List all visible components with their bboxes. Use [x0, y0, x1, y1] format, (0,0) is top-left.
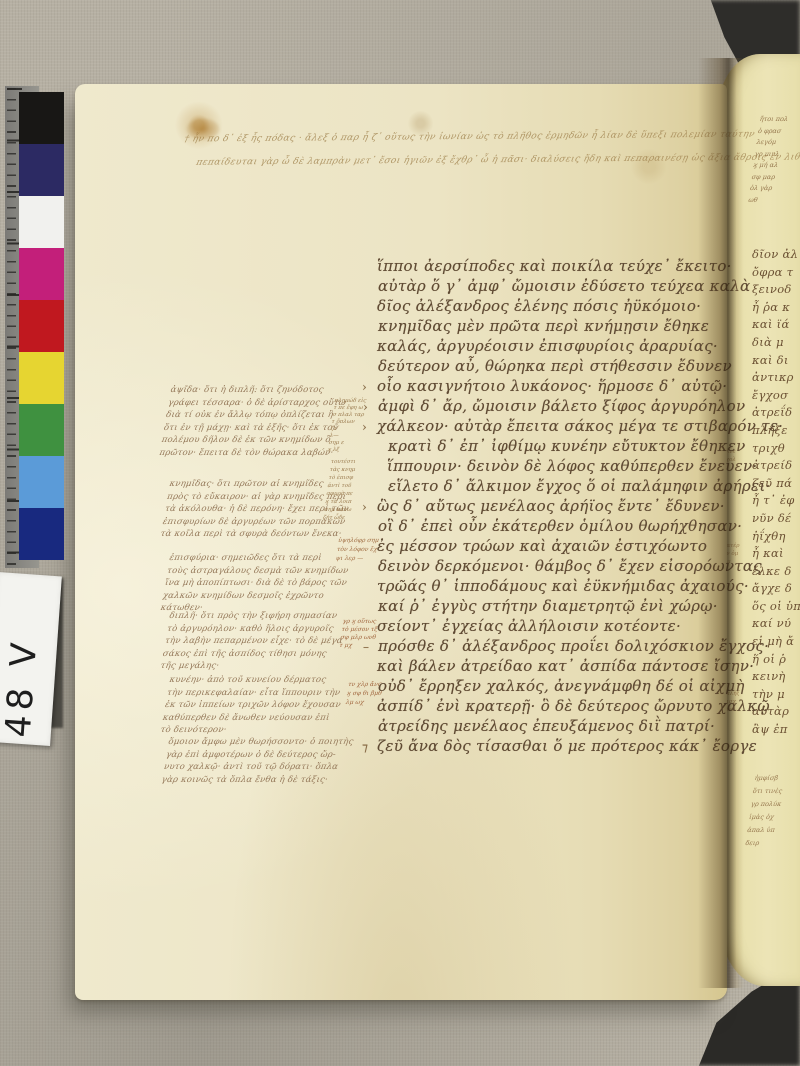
verse-line: ›οἷο κασιγνήτοιο λυκάονος· ἥρμοσε δ᾽ αὐτ…	[377, 376, 729, 396]
gloss-line: τ πε ἔφη ω	[333, 405, 366, 412]
scholia-line-fragment: γρ πολύκ	[750, 798, 782, 811]
verse-line: σείοντ᾽ ἐγχείας ἀλλήλοισιν κοτέοντε·	[377, 616, 729, 636]
verse-line: –πρόσθε δ᾽ ἀλέξανδρος προΐει δολιχόσκιον…	[378, 636, 730, 656]
scholia-line: κυνέην· ἀπὸ τοῦ κυνείου δέρματος	[168, 674, 366, 687]
verse-line-fragment: ἔγχοσ	[752, 387, 800, 405]
verse-line: εἵλετο δ᾽ ἄλκιμον ἔγχος ὅ οἱ παλάμηφιν ἀ…	[388, 476, 730, 496]
gloss-line: σ πλαλ ταρ	[332, 412, 365, 419]
gloss-line: ζτ᾽	[330, 426, 363, 433]
verse-line-fragment: νῦν δέ	[752, 510, 800, 528]
scholia-line: τοὺς ἀστραγάλους δεσμὰ τῶν κνημίδων	[166, 565, 364, 578]
verse-line-fragment: ἄγχε δ	[752, 580, 800, 598]
gloss-line: σημ ε	[328, 440, 361, 447]
gloss-line: ἀντὶ τοῦ	[327, 482, 355, 490]
ink-stain	[186, 118, 220, 140]
verse-line: ἐς μέσσον τρώων καὶ ἀχαιῶν ἐστιχόωντο	[377, 536, 729, 556]
scholia-line: σάκος ἐπὶ τῆς ἀσπίδος τίθησι μόνης	[162, 648, 360, 661]
verse-line-fragment: ἦ ῥα κ	[752, 299, 800, 317]
gloss-line: ϗ λξ	[327, 447, 360, 454]
scholia-line: τὸ ἀργυρόηλον· καθὸ ἥλοις ἀργυροῖς	[166, 623, 364, 636]
verse-line: ⁊ζεῦ ἄνα δὸς τίσασθαι ὅ με πρότερος κάκ᾽…	[377, 736, 729, 756]
verse-line-fragment: ξεινοδ	[752, 281, 800, 299]
gloss-line: πλημώδ εἰς	[334, 398, 367, 405]
intercolumn-gloss: γρ ϗ οὕτωςτὸ μέσον τξσφ μλρ ωνθτ μχ	[339, 618, 379, 650]
intercolumn-gloss: ὑψηλόφρ σημτὸν λόφον ἔχψι λερ —	[335, 536, 379, 563]
scholia-line-fragment: ὁ φρασ	[757, 126, 787, 138]
scholia-line: ἵνα μὴ ἀποπίπτωσι· διὰ δὲ τὸ βάρος τῶν	[164, 577, 362, 590]
verse-line-fragment: τριχθ	[752, 440, 800, 458]
verse-line-fragment: καὶ ϊά	[752, 316, 800, 334]
scholia-line: ὅμοιον ἄμφω μὲν θωρήσσοντο· ὁ ποιητὴς	[167, 736, 365, 749]
gloss-line: ϗ τὰ λοιπ	[325, 498, 353, 506]
scholia-line: τῆς μεγάλης·	[159, 660, 357, 673]
scholia-line: καθύπερθεν δὲ ἄνωθεν νεύουσαν ἐπὶ	[162, 712, 360, 725]
gloss-line: λμ ωχ	[345, 698, 381, 707]
verse-line: ἵπποι ἀερσίποδες καὶ ποικίλα τεύχε᾽ ἔκει…	[377, 256, 729, 276]
verse-line: κνημῖδας μὲν πρῶτα περὶ κνήμῃσιν ἔθηκε	[378, 316, 730, 336]
verse-line: καί ῥ᾽ ἐγγὺς στήτην διαμετρητῷ ἐνὶ χώρῳ·	[378, 596, 730, 616]
gloss-line: τ μχ	[339, 642, 376, 650]
scholia-line: τὰ κοῖλα περὶ τὰ σφυρὰ δεόντων ἕνεκα·	[159, 528, 357, 541]
verse-line: ἀτρείδης μενέλαος ἐπευξάμενος διῒ πατρί·	[378, 716, 730, 736]
color-swatch-yellow	[19, 352, 64, 404]
scholia-line: γὰρ κοινῶς τὰ ὅπλα ἔνθα ἡ δὲ τάξις·	[161, 774, 359, 787]
verse-line-fragment: ἂψ ἐπ	[752, 721, 800, 739]
marginal-diple-mark: ›	[362, 417, 367, 437]
marginal-diple-mark: ›	[362, 497, 367, 517]
scholia-line: διπλῆ· ὅτι πρὸς τὴν ξιφήρη σημασίαν	[168, 610, 366, 623]
scholia-line: ἀψῖδα· ὅτι ἡ διπλῆ: ὅτι ζηνόδοτος	[169, 384, 367, 397]
scholia-line: ἐκ τῶν ἱππείων τριχῶν λόφον ἔχουσαν	[164, 699, 362, 712]
iliad-text-column: ἵπποι ἀερσίποδες καὶ ποικίλα τεύχε᾽ ἔκει…	[377, 256, 729, 756]
verse-line-fragment: ὄφρα τ	[752, 264, 800, 282]
verse-line-fragment: καὶ δι	[752, 352, 800, 370]
scholia-block: ὅμοιον ἄμφω μὲν θωρήσσοντο· ὁ ποιητὴςγὰρ…	[161, 736, 366, 786]
manuscript-page-48v: † ἦν πο δ᾽ ἐξ ἧς πόδας · ἄλεξ ὁ παρ ἦ ζ᾽…	[75, 84, 727, 1000]
verse-line: τρῶάς θ᾽ ἱπποδάμους καὶ ἐϋκνήμιδας ἀχαιο…	[377, 576, 729, 596]
scholia-block: διπλῆ· ὅτι πρὸς τὴν ξιφήρη σημασίαντὸ ἀρ…	[159, 610, 366, 673]
scholia-line-fragment: ἱμὰς ὀχ	[748, 811, 780, 824]
color-swatch-navy	[19, 144, 64, 196]
color-swatch-light-blue	[19, 456, 64, 508]
verse-line: αὐτὰρ ὅ γ᾽ ἀμφ᾽ ὤμοισιν ἐδύσετο τεύχεα κ…	[378, 276, 730, 296]
manuscript-photo: { "photo_label": { "folio": "48 V" }, "p…	[0, 0, 800, 1066]
scholia-line-fragment: ἠμφίσβ	[754, 772, 786, 785]
scholia-line: τὴν περικεφαλαίαν· εἶτα ἵππουριν τὴν	[166, 687, 364, 700]
verse-line: δῖος ἀλέξανδρος ἑλένης πόσις ἠϋκόμοιο·	[377, 296, 729, 316]
marginal-diple-mark: –	[363, 637, 369, 657]
verse-line-fragment: καί νύ	[752, 615, 800, 633]
top-annotation-line: πεπαίδευται γὰρ ὦ δὲ λαμπρὰν μετ᾽ ἔσοι ἡ…	[195, 152, 800, 167]
color-swatch-dark-blue	[19, 508, 64, 560]
scholia-line-fragment: σφ μαρ	[751, 172, 781, 184]
gloss-line: τουτέστι	[330, 458, 358, 466]
scholia-line-fragment: λεγόμ	[756, 137, 786, 149]
scholia-line: νυτο χαλκῷ· ἀντὶ τοῦ τῷ δόρατι· ὅπλα	[163, 761, 361, 774]
scholia-line-fragment: ἤτοι πολ	[759, 114, 789, 126]
gloss-line: σφυρὰ πε	[326, 490, 354, 498]
verse-line: οὐδ᾽ ἔρρηξεν χαλκός, ἀνεγνάμφθη δέ οἱ αἰ…	[378, 676, 730, 696]
verse-line: οἳ δ᾽ ἐπεὶ οὖν ἑκάτερθεν ὁμίλου θωρήχθησ…	[378, 516, 730, 536]
intercolumn-gloss: πλημώδ εἰςτ πε ἔφη ωσ πλαλ ταρτ ὅπλωνζτ᾽…	[327, 398, 367, 454]
gloss-line: τὸ ἐπισφ	[328, 474, 356, 482]
gloss-line: τὸν λόφον ἔχ	[336, 545, 378, 554]
verse-line: ἀσπίδ᾽ ἐνὶ κρατερῇ· ὃ δὲ δεύτερος ὤρνυτο…	[377, 696, 729, 716]
verse-line-fragment: δῖον ἀλ	[752, 246, 800, 264]
gloss-line: ψι λερ —	[335, 554, 377, 563]
verse-line: ἵππουριν· δεινὸν δὲ λόφος καθύπερθεν ἔνε…	[387, 456, 729, 476]
gloss-line: τὰς κνημ	[329, 466, 357, 474]
verse-line-fragment: κεινὴ	[752, 668, 800, 686]
color-swatch-white	[19, 196, 64, 248]
top-annotation-line: † ἦν πο δ᾽ ἐξ ἧς πόδας · ἄλεξ ὁ παρ ἦ ζ᾽…	[183, 130, 756, 145]
gloss-line: ζήτ ὧδε	[323, 514, 351, 522]
verse-line: δεύτερον αὖ, θώρηκα περὶ στήθεσσιν ἔδυνε…	[378, 356, 730, 376]
verse-line-fragment: διὰ μ	[752, 334, 800, 352]
marginal-diple-mark: ⁊	[362, 737, 368, 757]
verse-line-fragment: ἀτρείδ	[752, 457, 800, 475]
scholia-line-fragment: ἁπαλ ὑπ	[746, 824, 778, 837]
scholia-line: τὴν λαβὴν πεπαρμένον εἶχε· τὸ δὲ μέγα	[164, 635, 362, 648]
scholia-line-fragment: δειρ	[745, 837, 777, 850]
color-swatch-magenta	[19, 248, 64, 300]
gloss-line: γρ ϗ οὕτως	[342, 618, 379, 626]
verse-line: ›ὣς δ᾽ αὔτως μενέλαος ἀρήϊος ἔντε᾽ ἔδυνε…	[377, 496, 729, 516]
color-swatch-green	[19, 404, 64, 456]
verse-line: ›χάλκεον· αὐτὰρ ἔπειτα σάκος μέγα τε στι…	[377, 416, 729, 436]
verse-line-fragment: ὅς οἱ ὑπ	[752, 598, 800, 616]
scholia-line: τὸ δεινότερον·	[159, 724, 357, 737]
gloss-line: λ—	[329, 433, 362, 440]
verse-line: καὶ βάλεν ἀτρείδαο κατ᾽ ἀσπίδα πάντοσε ἴ…	[377, 656, 729, 676]
color-swatch-red	[19, 300, 64, 352]
marginal-diple-mark: ›	[362, 377, 367, 397]
scholia-line: γὰρ ἐπὶ ἀμφοτέρων ὁ δὲ δεύτερος ὤρ-	[165, 749, 363, 762]
gloss-line: σφ μλρ ωνθ	[340, 634, 377, 642]
folio-number-label: 48 V	[0, 637, 45, 745]
verse-line: καλάς, ἀργυρέοισιν ἐπισφυρίοις ἀραρυίας·	[377, 336, 729, 356]
color-calibration-bar	[19, 92, 64, 560]
verse-line-fragment: ἠΐχθη	[752, 528, 800, 546]
gloss-line: τὸ μέσον τξ	[341, 626, 378, 634]
gloss-line: ὑψηλόφρ σημ	[338, 536, 380, 545]
scholia-block: κυνέην· ἀπὸ τοῦ κυνείου δέρματοςτὴν περι…	[159, 674, 366, 737]
verse-line-fragment: ἀντικρ	[752, 369, 800, 387]
gloss-line: τ ὅπλων	[331, 419, 364, 426]
verse-line: ›ἀμφὶ δ᾽ ἄρ, ὤμοισιν βάλετο ξίφος ἀργυρό…	[378, 396, 730, 416]
verse-line: δεινὸν δερκόμενοι· θάμβος δ᾽ ἔχεν εἰσορό…	[378, 556, 730, 576]
color-swatch-black	[19, 92, 64, 144]
verse-line: κρατὶ δ᾽ ἐπ᾽ ἰφθίμῳ κυνέην εὔτυκτον ἔθηκ…	[388, 436, 730, 456]
scholia-line-fragment: ὅτι τινὲς	[752, 785, 784, 798]
gloss-line: σημ κάτω	[324, 506, 352, 514]
scholia-line-fragment: ωθ	[748, 195, 778, 207]
marginal-diple-mark: ›	[363, 397, 368, 417]
scholia-line: χαλκῶν κνημίδων δεσμοῖς ἐχρῶντο	[162, 590, 360, 603]
scholia-line-fragment: ὀλ γὰρ	[749, 183, 779, 195]
